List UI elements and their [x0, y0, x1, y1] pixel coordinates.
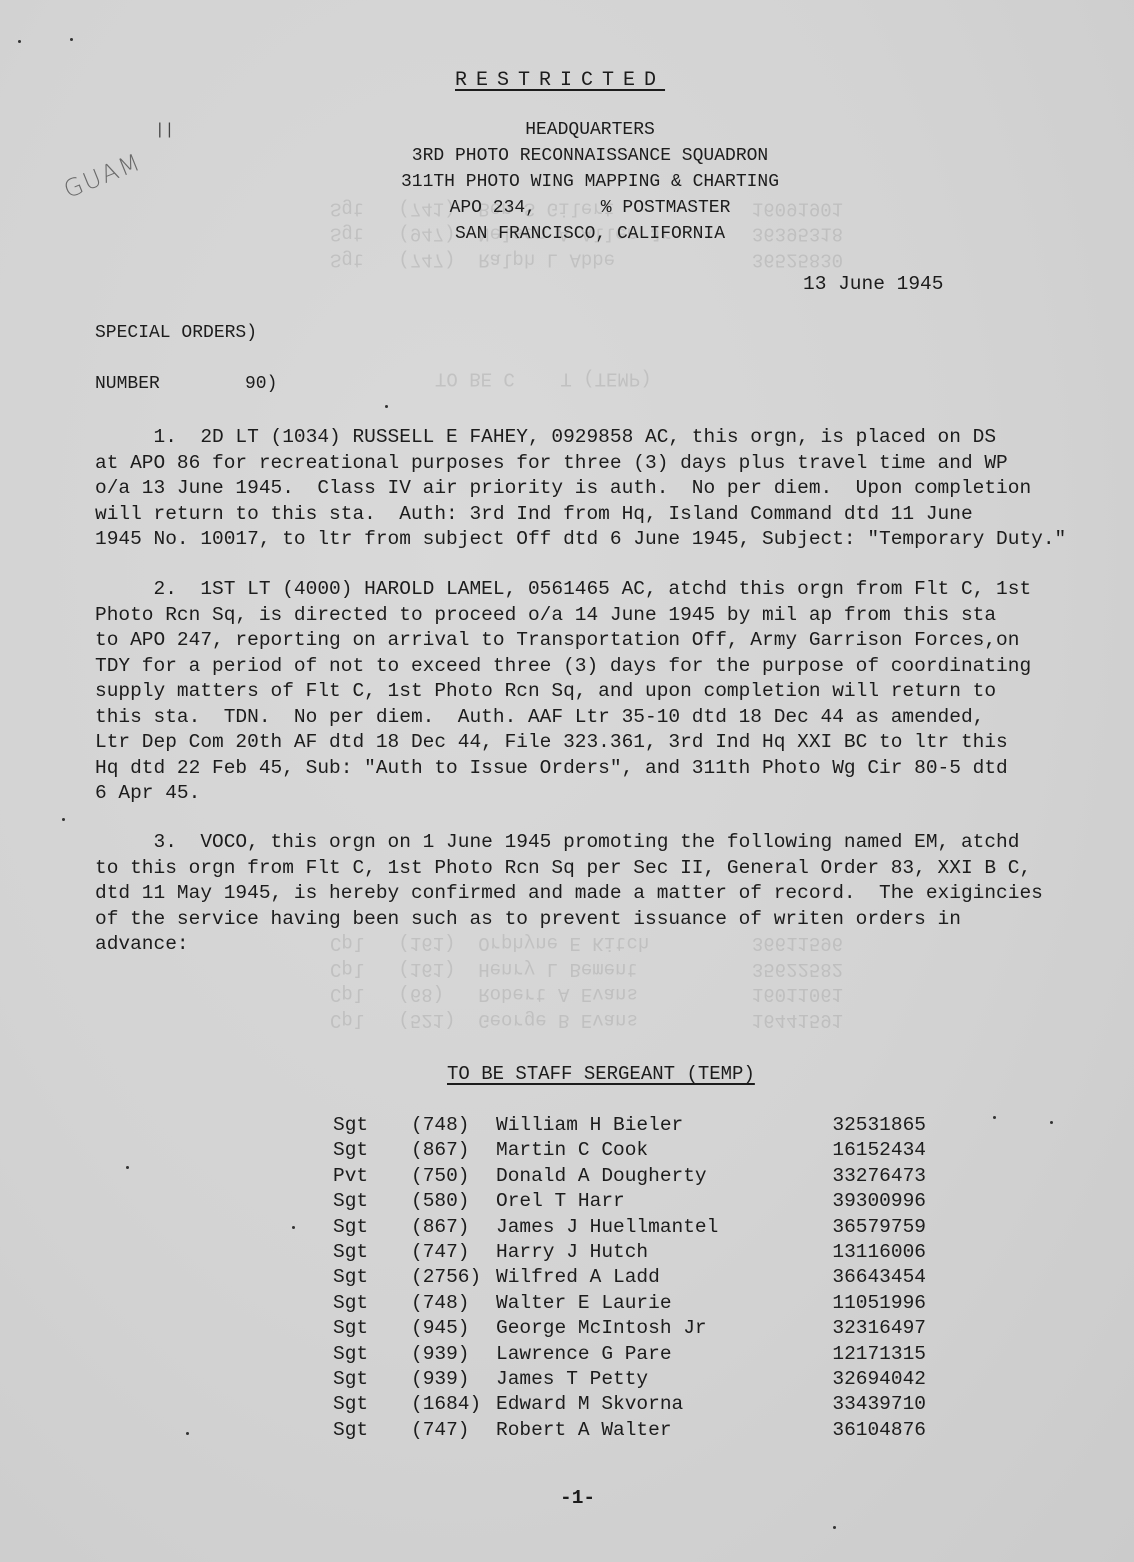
roster-name: William H Bieler — [496, 1113, 816, 1138]
roster-mos: (747) — [411, 1240, 496, 1265]
roster-row: Sgt(1684)Edward M Skvorna33439710 — [333, 1392, 933, 1417]
roster-grade: Sgt — [333, 1342, 411, 1367]
roster-serial-number: 33439710 — [816, 1392, 926, 1417]
roster-row: Sgt(939)Lawrence G Pare12171315 — [333, 1342, 933, 1367]
roster-grade: Sgt — [333, 1113, 411, 1138]
paragraph-line: will return to this sta. Auth: 3rd Ind f… — [95, 502, 1105, 528]
roster-title: TO BE STAFF SERGEANT (TEMP) — [447, 1062, 755, 1088]
roster-row: Sgt(945)George McIntosh Jr32316497 — [333, 1316, 933, 1341]
roster-row: Sgt(867)James J Huellmantel36579759 — [333, 1215, 933, 1240]
paper-speck — [186, 1432, 189, 1435]
roster-mos: (939) — [411, 1342, 496, 1367]
paragraph-line: of the service having been such as to pr… — [95, 907, 1105, 933]
paragraph-line: Hq dtd 22 Feb 45, Sub: "Auth to Issue Or… — [95, 756, 1105, 782]
roster-serial-number: 11051996 — [816, 1291, 926, 1316]
roster-name: Wilfred A Ladd — [496, 1265, 816, 1290]
paragraph-line: supply matters of Flt C, 1st Photo Rcn S… — [95, 679, 1105, 705]
paper-speck — [292, 1226, 295, 1229]
roster-mos: (1684) — [411, 1392, 496, 1417]
roster-grade: Sgt — [333, 1392, 411, 1417]
roster-row: Pvt(750)Donald A Dougherty33276473 — [333, 1164, 933, 1189]
typed-mark: || — [155, 118, 174, 144]
paragraph-line: TDY for a period of not to exceed three … — [95, 654, 1105, 680]
paper-speck — [62, 818, 65, 821]
classification-heading: RESTRICTED — [455, 68, 665, 94]
roster-grade: Sgt — [333, 1316, 411, 1341]
roster-name: Edward M Skvorna — [496, 1392, 816, 1417]
roster-row: Sgt(867)Martin C Cook16152434 — [333, 1138, 933, 1163]
letterhead-line: 3RD PHOTO RECONNAISSANCE SQUADRON — [300, 143, 880, 169]
roster-name: George McIntosh Jr — [496, 1316, 816, 1341]
roster-grade: Sgt — [333, 1418, 411, 1443]
order-number-value: 90) — [245, 372, 277, 398]
roster-row: Sgt(2756)Wilfred A Ladd36643454 — [333, 1265, 933, 1290]
roster-serial-number: 32531865 — [816, 1113, 926, 1138]
roster-grade: Sgt — [333, 1215, 411, 1240]
roster-grade: Sgt — [333, 1291, 411, 1316]
paper-speck — [993, 1116, 996, 1119]
handwritten-note: GUAM — [60, 149, 145, 203]
paragraph-line: to APO 247, reporting on arrival to Tran… — [95, 628, 1105, 654]
special-orders-label: SPECIAL ORDERS) — [95, 321, 257, 347]
roster-mos: (748) — [411, 1113, 496, 1138]
roster-row: Sgt(747)Harry J Hutch13116006 — [333, 1240, 933, 1265]
roster-grade: Sgt — [333, 1367, 411, 1392]
roster-serial-number: 36643454 — [816, 1265, 926, 1290]
bleed-through-heading: TO BE C T (TEMP) — [435, 365, 652, 391]
paragraph-line: at APO 86 for recreational purposes for … — [95, 451, 1105, 477]
roster-grade: Sgt — [333, 1240, 411, 1265]
paragraph-1: 1. 2D LT (1034) RUSSELL E FAHEY, 0929858… — [95, 425, 1105, 553]
paper-speck — [126, 1166, 129, 1169]
paragraph-line: dtd 11 May 1945, is hereby confirmed and… — [95, 881, 1105, 907]
letterhead-line: SAN FRANCISCO, CALIFORNIA — [300, 221, 880, 247]
roster-serial-number: 32316497 — [816, 1316, 926, 1341]
paper-speck — [18, 40, 21, 43]
roster-mos: (2756) — [411, 1265, 496, 1290]
paragraph-3: 3. VOCO, this orgn on 1 June 1945 promot… — [95, 830, 1105, 958]
roster-grade: Pvt — [333, 1164, 411, 1189]
roster-row: Sgt(939)James T Petty32694042 — [333, 1367, 933, 1392]
promotion-roster: Sgt(748)William H Bieler32531865Sgt(867)… — [333, 1113, 933, 1443]
roster-row: Sgt(580)Orel T Harr39300996 — [333, 1189, 933, 1214]
roster-name: Martin C Cook — [496, 1138, 816, 1163]
paper-speck — [70, 38, 73, 41]
paper-speck — [833, 1526, 836, 1529]
roster-mos: (867) — [411, 1215, 496, 1240]
roster-mos: (580) — [411, 1189, 496, 1214]
roster-row: Sgt(747)Robert A Walter36104876 — [333, 1418, 933, 1443]
roster-name: Donald A Dougherty — [496, 1164, 816, 1189]
letterhead: HEADQUARTERS 3RD PHOTO RECONNAISSANCE SQ… — [300, 117, 880, 247]
roster-row: Sgt(748)Walter E Laurie11051996 — [333, 1291, 933, 1316]
roster-mos: (747) — [411, 1418, 496, 1443]
paragraph-2: 2. 1ST LT (4000) HAROLD LAMEL, 0561465 A… — [95, 577, 1105, 807]
roster-serial-number: 36579759 — [816, 1215, 926, 1240]
order-number-label: NUMBER — [95, 372, 160, 398]
roster-name: Orel T Harr — [496, 1189, 816, 1214]
roster-row: Sgt(748)William H Bieler32531865 — [333, 1113, 933, 1138]
paragraph-line: o/a 13 June 1945. Class IV air priority … — [95, 476, 1105, 502]
paragraph-line: this sta. TDN. No per diem. Auth. AAF Lt… — [95, 705, 1105, 731]
paragraph-line: 2. 1ST LT (4000) HAROLD LAMEL, 0561465 A… — [95, 577, 1105, 603]
roster-serial-number: 16152434 — [816, 1138, 926, 1163]
paragraph-line: 6 Apr 45. — [95, 781, 1105, 807]
roster-mos: (748) — [411, 1291, 496, 1316]
paragraph-line: Ltr Dep Com 20th AF dtd 18 Dec 44, File … — [95, 730, 1105, 756]
roster-serial-number: 33276473 — [816, 1164, 926, 1189]
roster-mos: (939) — [411, 1367, 496, 1392]
order-date: 13 June 1945 — [803, 272, 943, 298]
roster-serial-number: 13116006 — [816, 1240, 926, 1265]
roster-name: Harry J Hutch — [496, 1240, 816, 1265]
roster-mos: (945) — [411, 1316, 496, 1341]
roster-grade: Sgt — [333, 1265, 411, 1290]
roster-mos: (867) — [411, 1138, 496, 1163]
roster-serial-number: 12171315 — [816, 1342, 926, 1367]
roster-name: James J Huellmantel — [496, 1215, 816, 1240]
roster-mos: (750) — [411, 1164, 496, 1189]
roster-name: Lawrence G Pare — [496, 1342, 816, 1367]
paragraph-line: 3. VOCO, this orgn on 1 June 1945 promot… — [95, 830, 1105, 856]
letterhead-line: APO 234, % POSTMASTER — [300, 195, 880, 221]
roster-serial-number: 39300996 — [816, 1189, 926, 1214]
paper-speck — [1050, 1121, 1053, 1124]
paragraph-line: to this orgn from Flt C, 1st Photo Rcn S… — [95, 856, 1105, 882]
paragraph-line: Photo Rcn Sq, is directed to proceed o/a… — [95, 603, 1105, 629]
roster-name: James T Petty — [496, 1367, 816, 1392]
roster-name: Robert A Walter — [496, 1418, 816, 1443]
letterhead-line: HEADQUARTERS — [300, 117, 880, 143]
paragraph-line: 1. 2D LT (1034) RUSSELL E FAHEY, 0929858… — [95, 425, 1105, 451]
paragraph-line: advance: — [95, 932, 1105, 958]
roster-serial-number: 32694042 — [816, 1367, 926, 1392]
paragraph-line: 1945 No. 10017, to ltr from subject Off … — [95, 527, 1105, 553]
roster-name: Walter E Laurie — [496, 1291, 816, 1316]
roster-serial-number: 36104876 — [816, 1418, 926, 1443]
letterhead-line: 311TH PHOTO WING MAPPING & CHARTING — [300, 169, 880, 195]
document-page: Sgt (747) Ralph L Abbe 36525830 Sgt (947… — [0, 0, 1134, 1562]
roster-grade: Sgt — [333, 1138, 411, 1163]
paper-speck — [385, 405, 388, 408]
page-number: -1- — [560, 1486, 595, 1512]
roster-grade: Sgt — [333, 1189, 411, 1214]
